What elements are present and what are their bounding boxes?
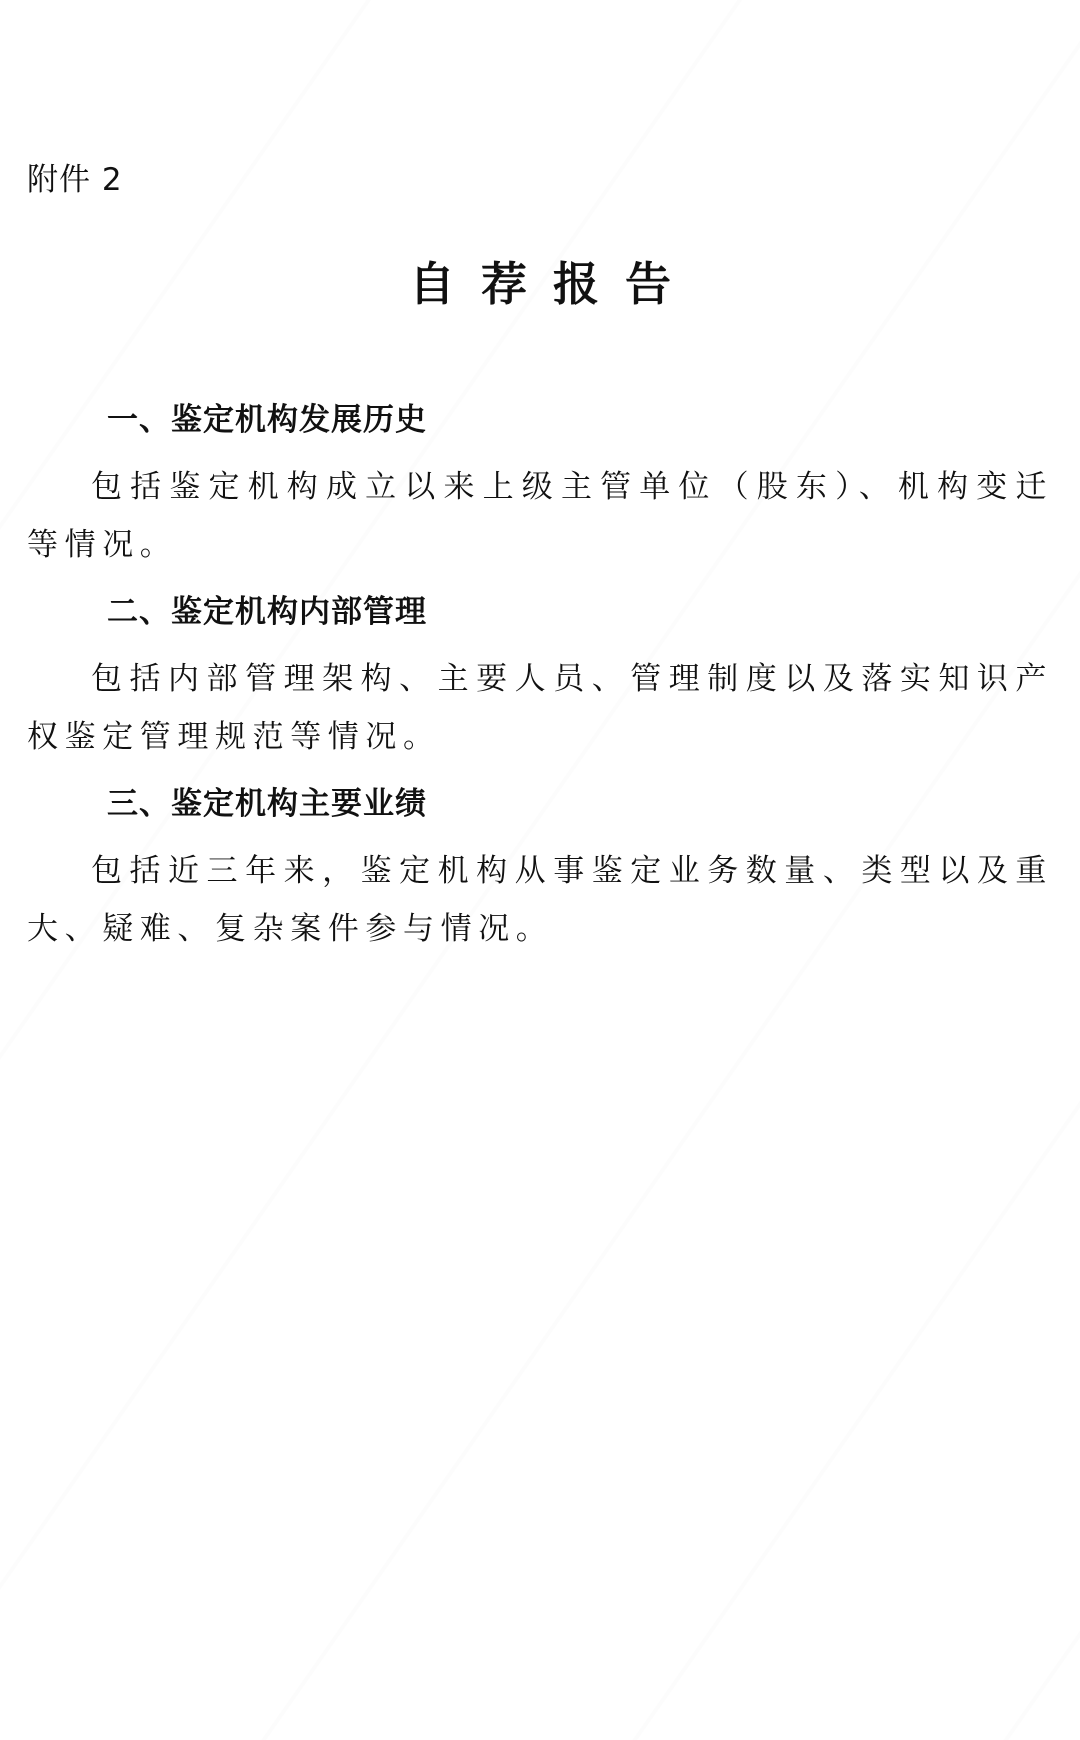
section-body-internal-management: 包括内部管理架构、主要人员、管理制度以及落实知识产权鉴定管理规范等情况。 [27, 650, 1053, 766]
section-body-history: 包括鉴定机构成立以来上级主管单位（股东）、机构变迁等情况。 [27, 458, 1053, 574]
section-heading-history: 一、鉴定机构发展历史 [107, 398, 427, 442]
document-title: 自荐报告 [27, 252, 1053, 316]
attachment-label: 附件 2 [27, 160, 123, 200]
section-body-achievements: 包括近三年来，鉴定机构从事鉴定业务数量、类型以及重大、疑难、复杂案件参与情况。 [27, 842, 1053, 958]
section-heading-achievements: 三、鉴定机构主要业绩 [107, 782, 427, 826]
section-heading-internal-management: 二、鉴定机构内部管理 [107, 590, 427, 634]
